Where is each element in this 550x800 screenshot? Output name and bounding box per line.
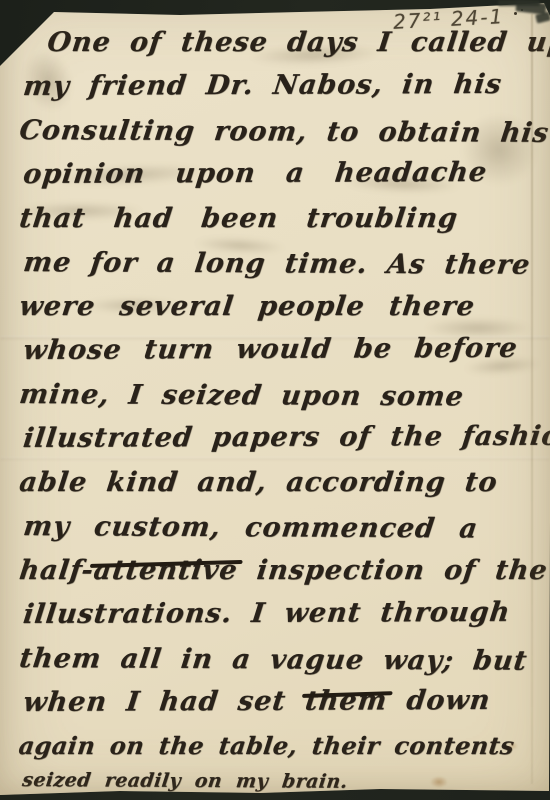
manuscript-line: One of these days I called upon: [10, 27, 550, 71]
manuscript-text: down: [385, 685, 492, 716]
manuscript-text: half-: [18, 555, 96, 586]
manuscript-text: when I had set: [22, 686, 308, 718]
manuscript-line: illustrated papers of the fashion-: [10, 421, 550, 467]
manuscript-line: opinion upon a headache: [10, 157, 550, 203]
manuscript-line: illustrations. I went through: [10, 597, 550, 643]
manuscript-text-struck: them: [303, 685, 389, 716]
ink-speck: [514, 12, 517, 15]
manuscript-line: mine, I seized upon some: [10, 379, 550, 426]
manuscript-text-struck: attentive: [92, 555, 240, 586]
manuscript-line: were several people there: [10, 291, 550, 335]
manuscript-text-block: One of these days I called upon my frien…: [10, 27, 546, 799]
paper-edge-smudge: [498, 0, 540, 6]
manuscript-line: whose turn would be before: [10, 333, 550, 379]
manuscript-line: me for a long time. As there: [10, 247, 550, 294]
paper-stain: [430, 776, 448, 788]
manuscript-text: inspection of the: [236, 555, 550, 586]
manuscript-line: half-attentive inspection of the: [10, 555, 550, 599]
manuscript-line: that had been troubling: [10, 203, 550, 247]
paper-stain: [508, 742, 518, 750]
manuscript-line: Consulting room, to obtain his: [10, 115, 550, 162]
manuscript-page: 27²¹ 24-1 One of these days I called upo…: [0, 0, 550, 800]
manuscript-line: able kind and, according to: [10, 467, 550, 511]
manuscript-line: when I had set them down: [10, 685, 550, 731]
manuscript-line: my friend Dr. Nabos, in his: [10, 69, 550, 115]
manuscript-line: them all in a vague way; but: [10, 643, 550, 690]
manuscript-line: again on the table, their contents: [10, 731, 550, 769]
manuscript-line: my custom, commenced a: [10, 511, 550, 558]
manuscript-photo: 27²¹ 24-1 One of these days I called upo…: [0, 0, 550, 800]
